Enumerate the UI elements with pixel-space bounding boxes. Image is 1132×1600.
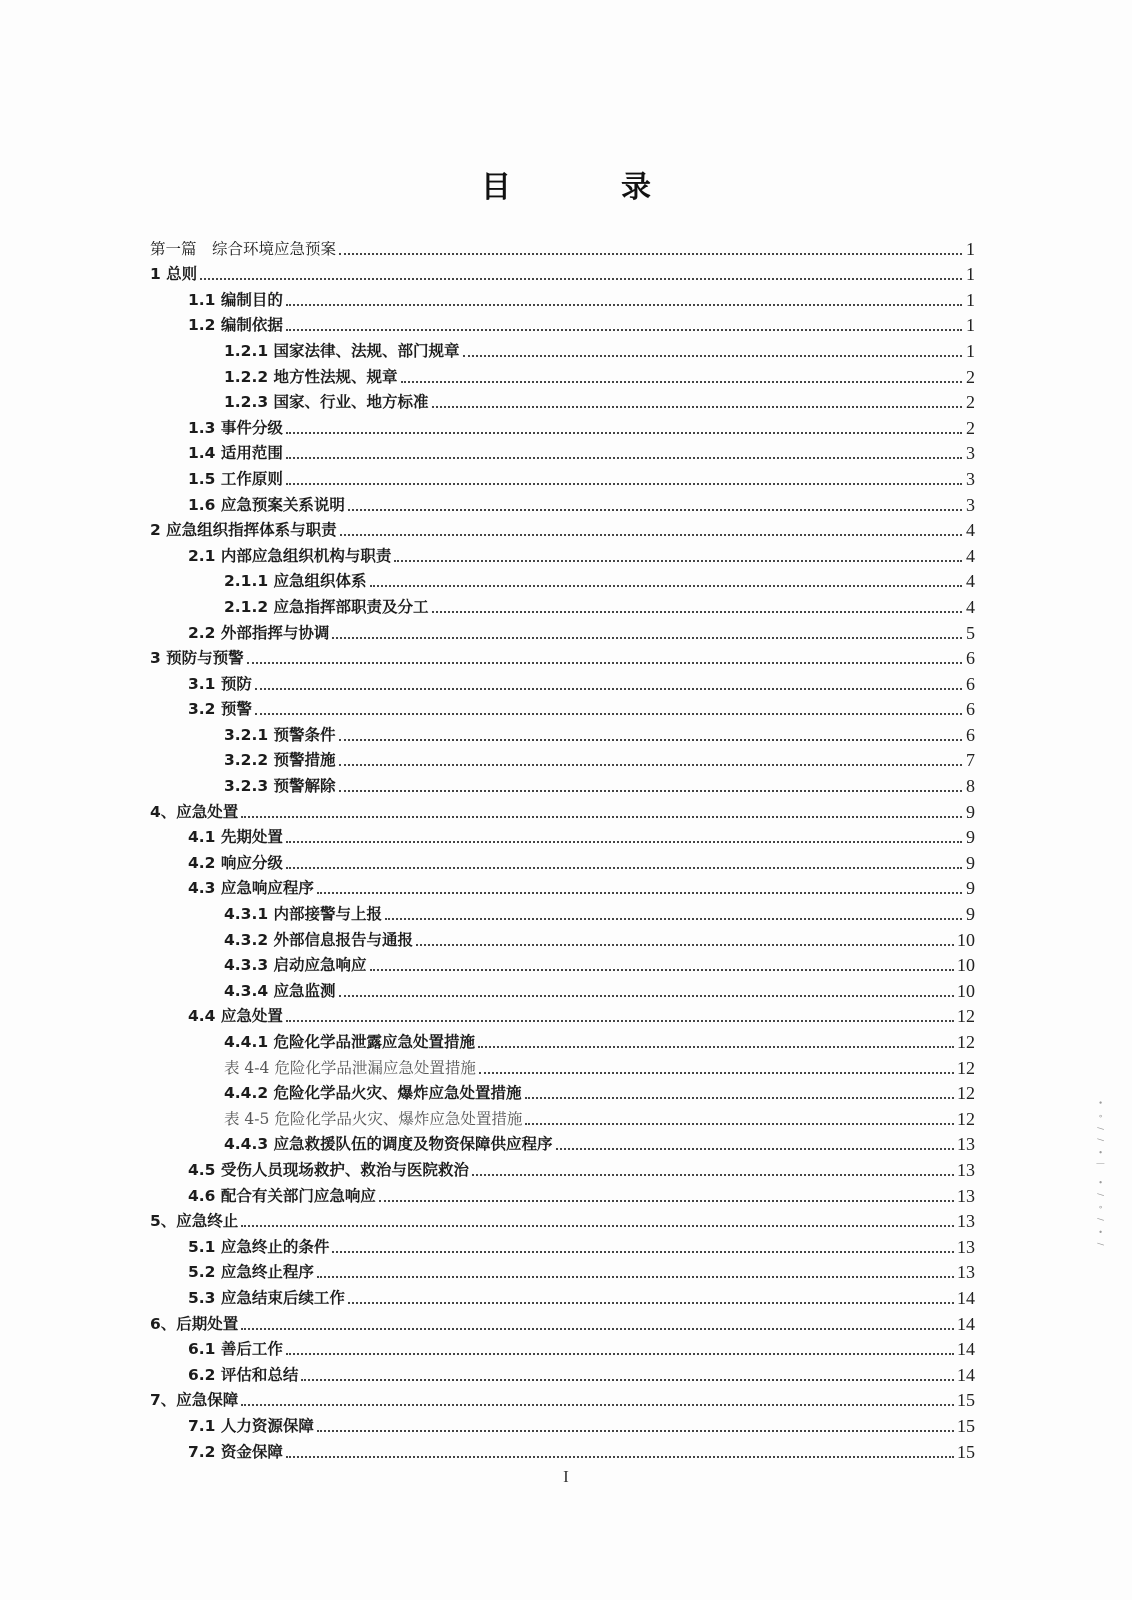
dot-leader bbox=[340, 533, 962, 536]
table-of-contents: 第一篇 综合环境应急预案11 总则11.1 编制目的11.2 编制依据11.2.… bbox=[150, 233, 975, 1462]
toc-entry-label: 1 总则 bbox=[150, 264, 197, 284]
toc-entry-label: 4.4 应急处置 bbox=[150, 1006, 283, 1026]
dot-leader bbox=[556, 1147, 954, 1150]
dot-leader bbox=[286, 1455, 954, 1458]
toc-entry-page-number: 2 bbox=[965, 418, 975, 438]
toc-entry-page-number: 9 bbox=[965, 802, 975, 822]
scan-margin-marks: ∙ ∘ ∕ ∕ ∙ ⎸ ∙ ∕ ∘ ∕ ∙ ∕ bbox=[1095, 1100, 1105, 1290]
dot-leader bbox=[286, 303, 962, 306]
toc-entry[interactable]: 3.2.3 预警解除8 bbox=[150, 770, 975, 796]
dot-leader bbox=[348, 508, 962, 511]
toc-entry[interactable]: 1.2.2 地方性法规、规章2 bbox=[150, 361, 975, 387]
page-title: 目 录 bbox=[0, 162, 1132, 206]
toc-entry[interactable]: 5.2 应急终止程序13 bbox=[150, 1257, 975, 1283]
toc-entry-label: 3.2.3 预警解除 bbox=[150, 776, 336, 796]
dot-leader bbox=[286, 482, 962, 485]
toc-entry[interactable]: 2.1 内部应急组织机构与职责4 bbox=[150, 540, 975, 566]
dot-leader bbox=[301, 1378, 954, 1381]
toc-entry-label: 5.1 应急终止的条件 bbox=[150, 1237, 329, 1257]
toc-entry-label: 1.6 应急预案关系说明 bbox=[150, 495, 345, 515]
toc-entry-page-number: 5 bbox=[965, 623, 975, 643]
toc-entry-label: 4.1 先期处置 bbox=[150, 827, 283, 847]
toc-entry[interactable]: 3.2.2 预警措施7 bbox=[150, 745, 975, 771]
dot-leader bbox=[317, 891, 962, 894]
toc-entry-label: 5.3 应急结束后续工作 bbox=[150, 1288, 345, 1308]
toc-entry-label: 4.3.3 启动应急响应 bbox=[150, 955, 367, 975]
toc-entry-label: 6.2 评估和总结 bbox=[150, 1365, 298, 1385]
toc-entry[interactable]: 4、应急处置9 bbox=[150, 796, 975, 822]
toc-entry-page-number: 12 bbox=[957, 1032, 975, 1052]
toc-entry-label: 4.3.1 内部接警与上报 bbox=[150, 904, 382, 924]
toc-entry-label: 2.1.2 应急指挥部职责及分工 bbox=[150, 597, 429, 617]
toc-entry-page-number: 4 bbox=[965, 597, 975, 617]
toc-entry[interactable]: 7、应急保障15 bbox=[150, 1385, 975, 1411]
toc-entry[interactable]: 1.3 事件分级2 bbox=[150, 412, 975, 438]
dot-leader bbox=[200, 277, 962, 280]
dot-leader bbox=[525, 1096, 954, 1099]
toc-entry-label: 4.3.4 应急监测 bbox=[150, 981, 336, 1001]
toc-entry-page-number: 15 bbox=[957, 1390, 975, 1410]
toc-entry-page-number: 13 bbox=[957, 1237, 975, 1257]
dot-leader bbox=[339, 252, 962, 255]
toc-entry[interactable]: 6.2 评估和总结14 bbox=[150, 1359, 975, 1385]
toc-entry-label: 4.5 受伤人员现场救护、救治与医院救治 bbox=[150, 1160, 469, 1180]
toc-entry[interactable]: 1.5 工作原则3 bbox=[150, 463, 975, 489]
toc-entry-page-number: 3 bbox=[965, 495, 975, 515]
dot-leader bbox=[394, 559, 962, 562]
toc-entry-label: 2.1.1 应急组织体系 bbox=[150, 571, 367, 591]
toc-entry-page-number: 15 bbox=[957, 1442, 975, 1462]
toc-entry-page-number: 3 bbox=[965, 469, 975, 489]
toc-entry-page-number: 9 bbox=[965, 878, 975, 898]
toc-entry-page-number: 12 bbox=[957, 1109, 975, 1129]
toc-entry-label: 7.1 人力资源保障 bbox=[150, 1416, 314, 1436]
toc-entry-page-number: 6 bbox=[965, 648, 975, 668]
toc-entry[interactable]: 第一篇 综合环境应急预案1 bbox=[150, 233, 975, 259]
toc-entry-label: 7、应急保障 bbox=[150, 1390, 238, 1410]
dot-leader bbox=[370, 584, 962, 587]
toc-entry-page-number: 2 bbox=[965, 367, 975, 387]
dot-leader bbox=[241, 1327, 954, 1330]
toc-entry[interactable]: 7.1 人力资源保障15 bbox=[150, 1410, 975, 1436]
toc-entry-label: 3.2.1 预警条件 bbox=[150, 725, 336, 745]
toc-entry[interactable]: 4.3 应急响应程序9 bbox=[150, 873, 975, 899]
toc-entry[interactable]: 1.2.3 国家、行业、地方标准2 bbox=[150, 387, 975, 413]
toc-entry-label: 7.2 资金保障 bbox=[150, 1442, 283, 1462]
toc-entry[interactable]: 4.1 先期处置9 bbox=[150, 822, 975, 848]
toc-entry[interactable]: 3.2.1 预警条件6 bbox=[150, 719, 975, 745]
dot-leader bbox=[286, 431, 962, 434]
toc-entry-page-number: 12 bbox=[957, 1006, 975, 1026]
toc-entry[interactable]: 4.3.1 内部接警与上报9 bbox=[150, 898, 975, 924]
toc-entry-page-number: 4 bbox=[965, 546, 975, 566]
toc-entry[interactable]: 4.3.4 应急监测10 bbox=[150, 975, 975, 1001]
toc-entry[interactable]: 2 应急组织指挥体系与职责4 bbox=[150, 515, 975, 541]
toc-entry-page-number: 1 bbox=[965, 239, 975, 259]
toc-entry[interactable]: 2.1.1 应急组织体系4 bbox=[150, 566, 975, 592]
toc-entry-page-number: 6 bbox=[965, 725, 975, 745]
toc-entry-label: 4.4.2 危险化学品火灾、爆炸应急处置措施 bbox=[150, 1083, 522, 1103]
toc-entry-label: 3.2.2 预警措施 bbox=[150, 750, 336, 770]
dot-leader bbox=[339, 994, 954, 997]
dot-leader bbox=[416, 943, 954, 946]
toc-entry-page-number: 1 bbox=[965, 315, 975, 335]
toc-entry-page-number: 13 bbox=[957, 1262, 975, 1282]
toc-entry-page-number: 3 bbox=[965, 443, 975, 463]
toc-entry[interactable]: 2.2 外部指挥与协调5 bbox=[150, 617, 975, 643]
toc-entry[interactable]: 3.1 预防6 bbox=[150, 668, 975, 694]
toc-entry[interactable]: 7.2 资金保障15 bbox=[150, 1436, 975, 1462]
dot-leader bbox=[255, 687, 962, 690]
toc-entry-page-number: 7 bbox=[965, 750, 975, 770]
toc-entry-page-number: 14 bbox=[957, 1314, 975, 1334]
toc-entry-page-number: 1 bbox=[965, 264, 975, 284]
toc-entry[interactable]: 1.4 适用范围3 bbox=[150, 438, 975, 464]
toc-entry[interactable]: 1.6 应急预案关系说明3 bbox=[150, 489, 975, 515]
toc-entry-label: 5、应急终止 bbox=[150, 1211, 238, 1231]
dot-leader bbox=[478, 1045, 954, 1048]
toc-entry[interactable]: 1 总则1 bbox=[150, 259, 975, 285]
toc-entry-page-number: 13 bbox=[957, 1160, 975, 1180]
dot-leader bbox=[370, 968, 954, 971]
dot-leader bbox=[432, 610, 962, 613]
dot-leader bbox=[286, 328, 962, 331]
toc-entry-label: 2.2 外部指挥与协调 bbox=[150, 623, 329, 643]
dot-leader bbox=[247, 661, 962, 664]
toc-entry-page-number: 14 bbox=[957, 1365, 975, 1385]
toc-entry-page-number: 12 bbox=[957, 1058, 975, 1078]
dot-leader bbox=[339, 789, 962, 792]
toc-entry-label: 3.1 预防 bbox=[150, 674, 252, 694]
dot-leader bbox=[286, 456, 962, 459]
toc-entry-page-number: 4 bbox=[965, 520, 975, 540]
toc-entry-page-number: 9 bbox=[965, 904, 975, 924]
toc-entry[interactable]: 1.2 编制依据1 bbox=[150, 310, 975, 336]
toc-entry-page-number: 10 bbox=[957, 981, 975, 1001]
toc-entry[interactable]: 4.3.2 外部信息报告与通报10 bbox=[150, 924, 975, 950]
toc-entry-page-number: 13 bbox=[957, 1186, 975, 1206]
toc-entry-page-number: 9 bbox=[965, 827, 975, 847]
toc-entry-label: 1.5 工作原则 bbox=[150, 469, 283, 489]
footer-page-number: I bbox=[0, 1467, 1132, 1487]
toc-entry[interactable]: 5、应急终止13 bbox=[150, 1206, 975, 1232]
dot-leader bbox=[255, 712, 962, 715]
dot-leader bbox=[286, 866, 962, 869]
toc-entry-page-number: 6 bbox=[965, 674, 975, 694]
toc-entry-page-number: 15 bbox=[957, 1416, 975, 1436]
toc-entry-label: 4.4.3 应急救援队伍的调度及物资保障供应程序 bbox=[150, 1134, 553, 1154]
toc-entry-label: 4.2 响应分级 bbox=[150, 853, 283, 873]
toc-entry-page-number: 4 bbox=[965, 571, 975, 591]
toc-entry[interactable]: 4.4.2 危险化学品火灾、爆炸应急处置措施12 bbox=[150, 1078, 975, 1104]
dot-leader bbox=[401, 380, 962, 383]
dot-leader bbox=[241, 1403, 954, 1406]
toc-entry[interactable]: 4.5 受伤人员现场救护、救治与医院救治13 bbox=[150, 1154, 975, 1180]
toc-entry-label: 4.3.2 外部信息报告与通报 bbox=[150, 930, 413, 950]
dot-leader bbox=[348, 1301, 954, 1304]
toc-entry-label: 1.2.2 地方性法规、规章 bbox=[150, 367, 398, 387]
dot-leader bbox=[472, 1173, 954, 1176]
toc-entry[interactable]: 1.2.1 国家法律、法规、部门规章1 bbox=[150, 335, 975, 361]
dot-leader bbox=[339, 738, 962, 741]
toc-entry-label: 1.4 适用范围 bbox=[150, 443, 283, 463]
toc-entry-page-number: 8 bbox=[965, 776, 975, 796]
dot-leader bbox=[332, 1250, 954, 1253]
toc-entry-label: 第一篇 综合环境应急预案 bbox=[150, 239, 336, 259]
toc-entry[interactable]: 4.6 配合有关部门应急响应13 bbox=[150, 1180, 975, 1206]
dot-leader bbox=[379, 1199, 954, 1202]
toc-entry-page-number: 2 bbox=[965, 392, 975, 412]
dot-leader bbox=[241, 815, 962, 818]
dot-leader bbox=[286, 840, 962, 843]
dot-leader bbox=[525, 1122, 954, 1125]
toc-entry-page-number: 12 bbox=[957, 1083, 975, 1103]
toc-entry-label: 1.3 事件分级 bbox=[150, 418, 283, 438]
toc-entry[interactable]: 5.1 应急终止的条件13 bbox=[150, 1231, 975, 1257]
toc-entry[interactable]: 5.3 应急结束后续工作14 bbox=[150, 1282, 975, 1308]
dot-leader bbox=[479, 1071, 954, 1074]
toc-entry-page-number: 14 bbox=[957, 1288, 975, 1308]
toc-entry-page-number: 10 bbox=[957, 955, 975, 975]
toc-entry-label: 3.2 预警 bbox=[150, 699, 252, 719]
toc-entry[interactable]: 4.4 应急处置12 bbox=[150, 1001, 975, 1027]
toc-entry[interactable]: 表 4-5 危险化学品火灾、爆炸应急处置措施12 bbox=[150, 1103, 975, 1129]
toc-entry[interactable]: 2.1.2 应急指挥部职责及分工4 bbox=[150, 591, 975, 617]
toc-entry-label: 1.2.3 国家、行业、地方标准 bbox=[150, 392, 429, 412]
toc-entry-page-number: 14 bbox=[957, 1339, 975, 1359]
toc-entry-page-number: 1 bbox=[965, 290, 975, 310]
toc-entry-page-number: 1 bbox=[965, 341, 975, 361]
toc-entry-page-number: 10 bbox=[957, 930, 975, 950]
toc-entry-label: 2.1 内部应急组织机构与职责 bbox=[150, 546, 391, 566]
toc-entry-label: 表 4-4 危险化学品泄漏应急处置措施 bbox=[150, 1058, 476, 1078]
toc-entry[interactable]: 4.2 响应分级9 bbox=[150, 847, 975, 873]
toc-entry[interactable]: 4.3.3 启动应急响应10 bbox=[150, 950, 975, 976]
toc-entry-label: 1.2 编制依据 bbox=[150, 315, 283, 335]
toc-entry-label: 2 应急组织指挥体系与职责 bbox=[150, 520, 337, 540]
dot-leader bbox=[332, 636, 962, 639]
dot-leader bbox=[432, 405, 962, 408]
toc-entry[interactable]: 6、后期处置14 bbox=[150, 1308, 975, 1334]
toc-entry-label: 5.2 应急终止程序 bbox=[150, 1262, 314, 1282]
dot-leader bbox=[339, 763, 962, 766]
toc-entry[interactable]: 1.1 编制目的1 bbox=[150, 284, 975, 310]
toc-entry[interactable]: 6.1 善后工作14 bbox=[150, 1334, 975, 1360]
toc-entry-label: 3 预防与预警 bbox=[150, 648, 244, 668]
dot-leader bbox=[286, 1019, 954, 1022]
toc-entry[interactable]: 4.4.3 应急救援队伍的调度及物资保障供应程序13 bbox=[150, 1129, 975, 1155]
toc-entry[interactable]: 3.2 预警6 bbox=[150, 694, 975, 720]
toc-entry-label: 4.6 配合有关部门应急响应 bbox=[150, 1186, 376, 1206]
toc-entry-label: 1.1 编制目的 bbox=[150, 290, 283, 310]
dot-leader bbox=[317, 1275, 954, 1278]
toc-entry-label: 1.2.1 国家法律、法规、部门规章 bbox=[150, 341, 460, 361]
dot-leader bbox=[286, 1352, 954, 1355]
toc-entry-label: 表 4-5 危险化学品火灾、爆炸应急处置措施 bbox=[150, 1109, 522, 1129]
toc-entry[interactable]: 3 预防与预警6 bbox=[150, 643, 975, 669]
dot-leader bbox=[463, 354, 962, 357]
dot-leader bbox=[385, 917, 962, 920]
toc-entry[interactable]: 4.4.1 危险化学品泄露应急处置措施12 bbox=[150, 1026, 975, 1052]
dot-leader bbox=[241, 1224, 954, 1227]
toc-entry-label: 4.4.1 危险化学品泄露应急处置措施 bbox=[150, 1032, 475, 1052]
toc-entry-label: 6、后期处置 bbox=[150, 1314, 238, 1334]
toc-entry-label: 4.3 应急响应程序 bbox=[150, 878, 314, 898]
toc-entry-page-number: 13 bbox=[957, 1134, 975, 1154]
toc-entry[interactable]: 表 4-4 危险化学品泄漏应急处置措施12 bbox=[150, 1052, 975, 1078]
dot-leader bbox=[317, 1429, 954, 1432]
toc-entry-label: 4、应急处置 bbox=[150, 802, 238, 822]
toc-entry-page-number: 6 bbox=[965, 699, 975, 719]
toc-entry-label: 6.1 善后工作 bbox=[150, 1339, 283, 1359]
toc-entry-page-number: 9 bbox=[965, 853, 975, 873]
toc-entry-page-number: 13 bbox=[957, 1211, 975, 1231]
